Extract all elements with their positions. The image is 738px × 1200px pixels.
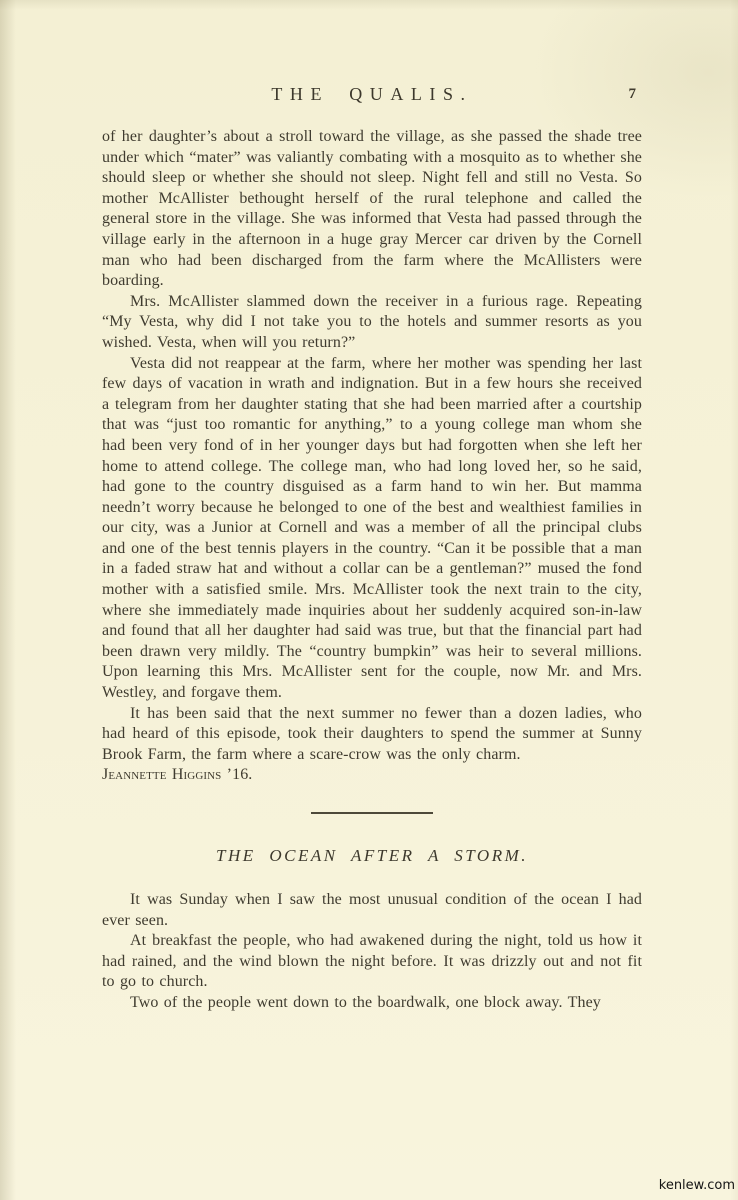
author-signature: Jeannette Higgins ’16. (102, 765, 642, 786)
paragraph: It was Sunday when I saw the most unusua… (102, 890, 642, 931)
watermark: kenlew.com (659, 1178, 735, 1193)
paragraph: of her daughter’s about a stroll toward … (102, 127, 642, 292)
section-divider-rule (311, 812, 433, 814)
story2-body: It was Sunday when I saw the most unusua… (102, 890, 642, 1014)
scanned-page: THE QUALIS. 7 of her daughter’s about a … (0, 0, 738, 1200)
text-column: THE QUALIS. 7 of her daughter’s about a … (102, 0, 642, 1014)
story-title: THE OCEAN AFTER A STORM. (102, 846, 642, 866)
running-title: THE QUALIS. (271, 84, 472, 104)
story1-body: of her daughter’s about a stroll toward … (102, 127, 642, 786)
paragraph: Mrs. McAllister slammed down the receive… (102, 292, 642, 354)
paragraph: Two of the people went down to the board… (102, 993, 642, 1014)
running-head: THE QUALIS. 7 (102, 84, 642, 105)
paragraph: At breakfast the people, who had awakene… (102, 931, 642, 993)
page-number: 7 (629, 86, 637, 103)
paragraph: It has been said that the next summer no… (102, 704, 642, 766)
paragraph: Vesta did not reappear at the farm, wher… (102, 354, 642, 704)
